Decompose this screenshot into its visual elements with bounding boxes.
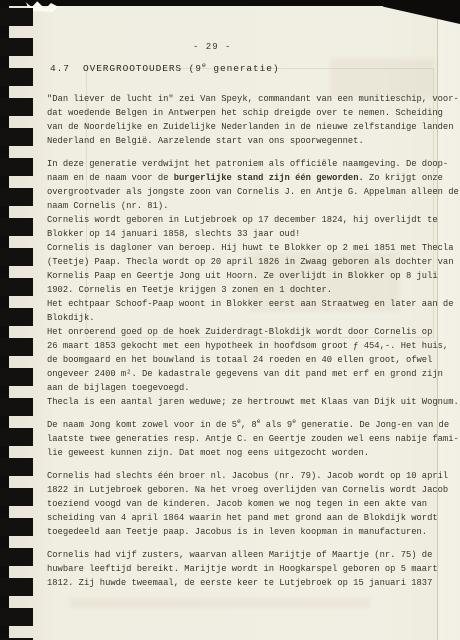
text-line: de boomgaard en het bouwland is totaal 2… xyxy=(47,353,451,367)
text-line xyxy=(47,148,451,157)
text-line: Het echtpaar Schoof-Paap woont in Blokke… xyxy=(47,297,451,311)
text-line: Blokdijk. xyxy=(47,311,451,325)
text-line: Cornelis had slechts één broer nl. Jacob… xyxy=(47,469,451,483)
section-heading: 4.7 OVERGROOTOUDERS (9e generatie) xyxy=(50,63,279,74)
text-line: De naam Jong komt zowel voor in de 5e, 8… xyxy=(47,418,451,432)
text-line: 1902. Cornelis en Teetje krijgen 3 zonen… xyxy=(47,283,451,297)
text-line: huwbare leeftijd bereikt. Marijtje wordt… xyxy=(47,562,451,576)
text-line: laatste twee generaties resp. Antje C. e… xyxy=(47,432,451,446)
comb-binding-teeth xyxy=(0,8,33,640)
text-line: 1812. Zij huwde tweemaal, de eerste keer… xyxy=(47,576,451,590)
text-line: Blokker op 14 januari 1858, slechts 33 j… xyxy=(47,227,451,241)
text-line: "Dan liever de lucht in" zei Van Speyk, … xyxy=(47,92,451,106)
text-line: Thecla is een aantal jaren weduwe; ze he… xyxy=(47,395,451,409)
typewritten-text: "Dan liever de lucht in" zei Van Speyk, … xyxy=(47,92,451,590)
text-line: 26 maart 1853 gekocht met een hypotheek … xyxy=(47,339,451,353)
page-number: - 29 - xyxy=(193,42,231,52)
text-line: (Teetje) Paap. Thecla wordt op 20 april … xyxy=(47,255,451,269)
text-line xyxy=(47,409,451,418)
text-line: lie geweest kunnen zijn. Dat moet nog ee… xyxy=(47,446,451,460)
text-line: 1822 in Lutjebroek geboren. Na het vroeg… xyxy=(47,483,451,497)
text-line xyxy=(47,539,451,548)
text-line: van de Noordelijke en Zuidelijke Nederla… xyxy=(47,120,451,134)
text-line: aan de bijlagen toegevoegd. xyxy=(47,381,451,395)
text-line xyxy=(47,460,451,469)
text-line: Kornelis Paap en Geertje Jong uit Hoorn.… xyxy=(47,269,451,283)
text-line: Cornelis is dagloner van beroep. Hij huw… xyxy=(47,241,451,255)
text-line: Nederland en België. Aarzelende start va… xyxy=(47,134,451,148)
text-line: toeziend voogd van de kinderen. Jacob ko… xyxy=(47,497,451,511)
text-line: Cornelis had vijf zusters, waarvan allee… xyxy=(47,548,451,562)
text-line: overgrootvader als jongste zoon van Corn… xyxy=(47,185,451,199)
scanned-document-page: - 29 - 4.7 OVERGROOTOUDERS (9e generatie… xyxy=(0,0,460,640)
text-line: toegedeeld aan Teetje paap. Jacobus is i… xyxy=(47,525,451,539)
text-line: naam en de naam voor de burgerlijke stan… xyxy=(47,171,451,185)
text-line: ongeveer 2400 m². De kadastrale gegevens… xyxy=(47,367,451,381)
text-line: naam Cornelis (nr. 81). xyxy=(47,199,451,213)
bleed-through-smudge xyxy=(70,598,370,608)
text-line: Het onroerend goed op de hoek Zuiderdrag… xyxy=(47,325,451,339)
text-line: In deze generatie verdwijnt het patronie… xyxy=(47,157,451,171)
text-line: dat woedende Belgen in Antwerpen het sch… xyxy=(47,106,451,120)
text-line: scheiding van 4 april 1864 waarin het pa… xyxy=(47,511,451,525)
text-line: Cornelis wordt geboren in Lutjebroek op … xyxy=(47,213,451,227)
